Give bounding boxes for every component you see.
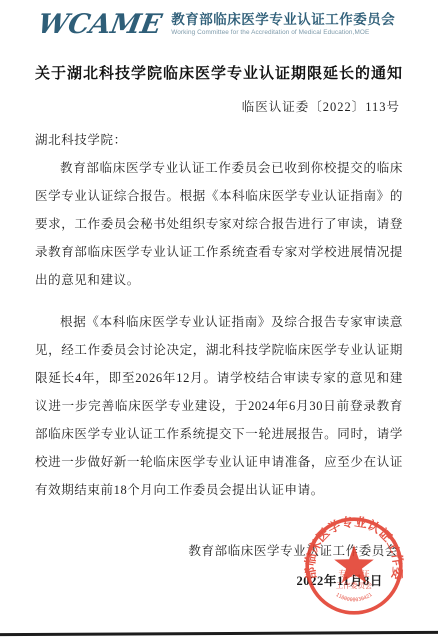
wcame-logo: WCAME bbox=[36, 12, 164, 38]
notice-title: 关于湖北科技学院临床医学专业认证期限延长的通知 bbox=[0, 62, 438, 83]
stamp-line-text: 专业认证 bbox=[338, 568, 369, 578]
body-paragraph: 根据《本科临床医学专业认证指南》及综合报告专家审读意见，经工作委员会讨论决定，湖… bbox=[35, 308, 403, 504]
org-names: 教育部临床医学专业认证工作委员会 Working Committee for t… bbox=[171, 12, 395, 37]
org-name-cn: 教育部临床医学专业认证工作委员会 bbox=[171, 12, 395, 27]
body-paragraph: 教育部临床医学专业认证工作委员会已收到你校提交的临床医学专业认证综合报告。根据《… bbox=[35, 154, 403, 294]
document-page: WCAME 教育部临床医学专业认证工作委员会 Working Committee… bbox=[0, 0, 438, 640]
stamp-bottom-label: 工作委员会 bbox=[336, 581, 373, 590]
scan-edge-line bbox=[0, 631, 438, 636]
stamp-serial: 1100000030421 bbox=[334, 592, 373, 603]
doc-number: 临医认证委〔2022〕113号 bbox=[0, 97, 438, 115]
org-name-en: Working Committee for the Accreditation … bbox=[171, 29, 395, 37]
svg-text:1100000030421: 1100000030421 bbox=[334, 592, 373, 603]
notice-body: 湖北科技学院： 教育部临床医学专业认证工作委员会已收到你校提交的临床医学专业认证… bbox=[35, 126, 403, 504]
official-stamp: 教育部临床医学专业认证工作委员会 专业认证 工作委员会 110000003042… bbox=[302, 514, 406, 618]
letterhead: WCAME 教育部临床医学专业认证工作委员会 Working Committee… bbox=[38, 12, 395, 38]
salutation: 湖北科技学院： bbox=[35, 126, 403, 154]
